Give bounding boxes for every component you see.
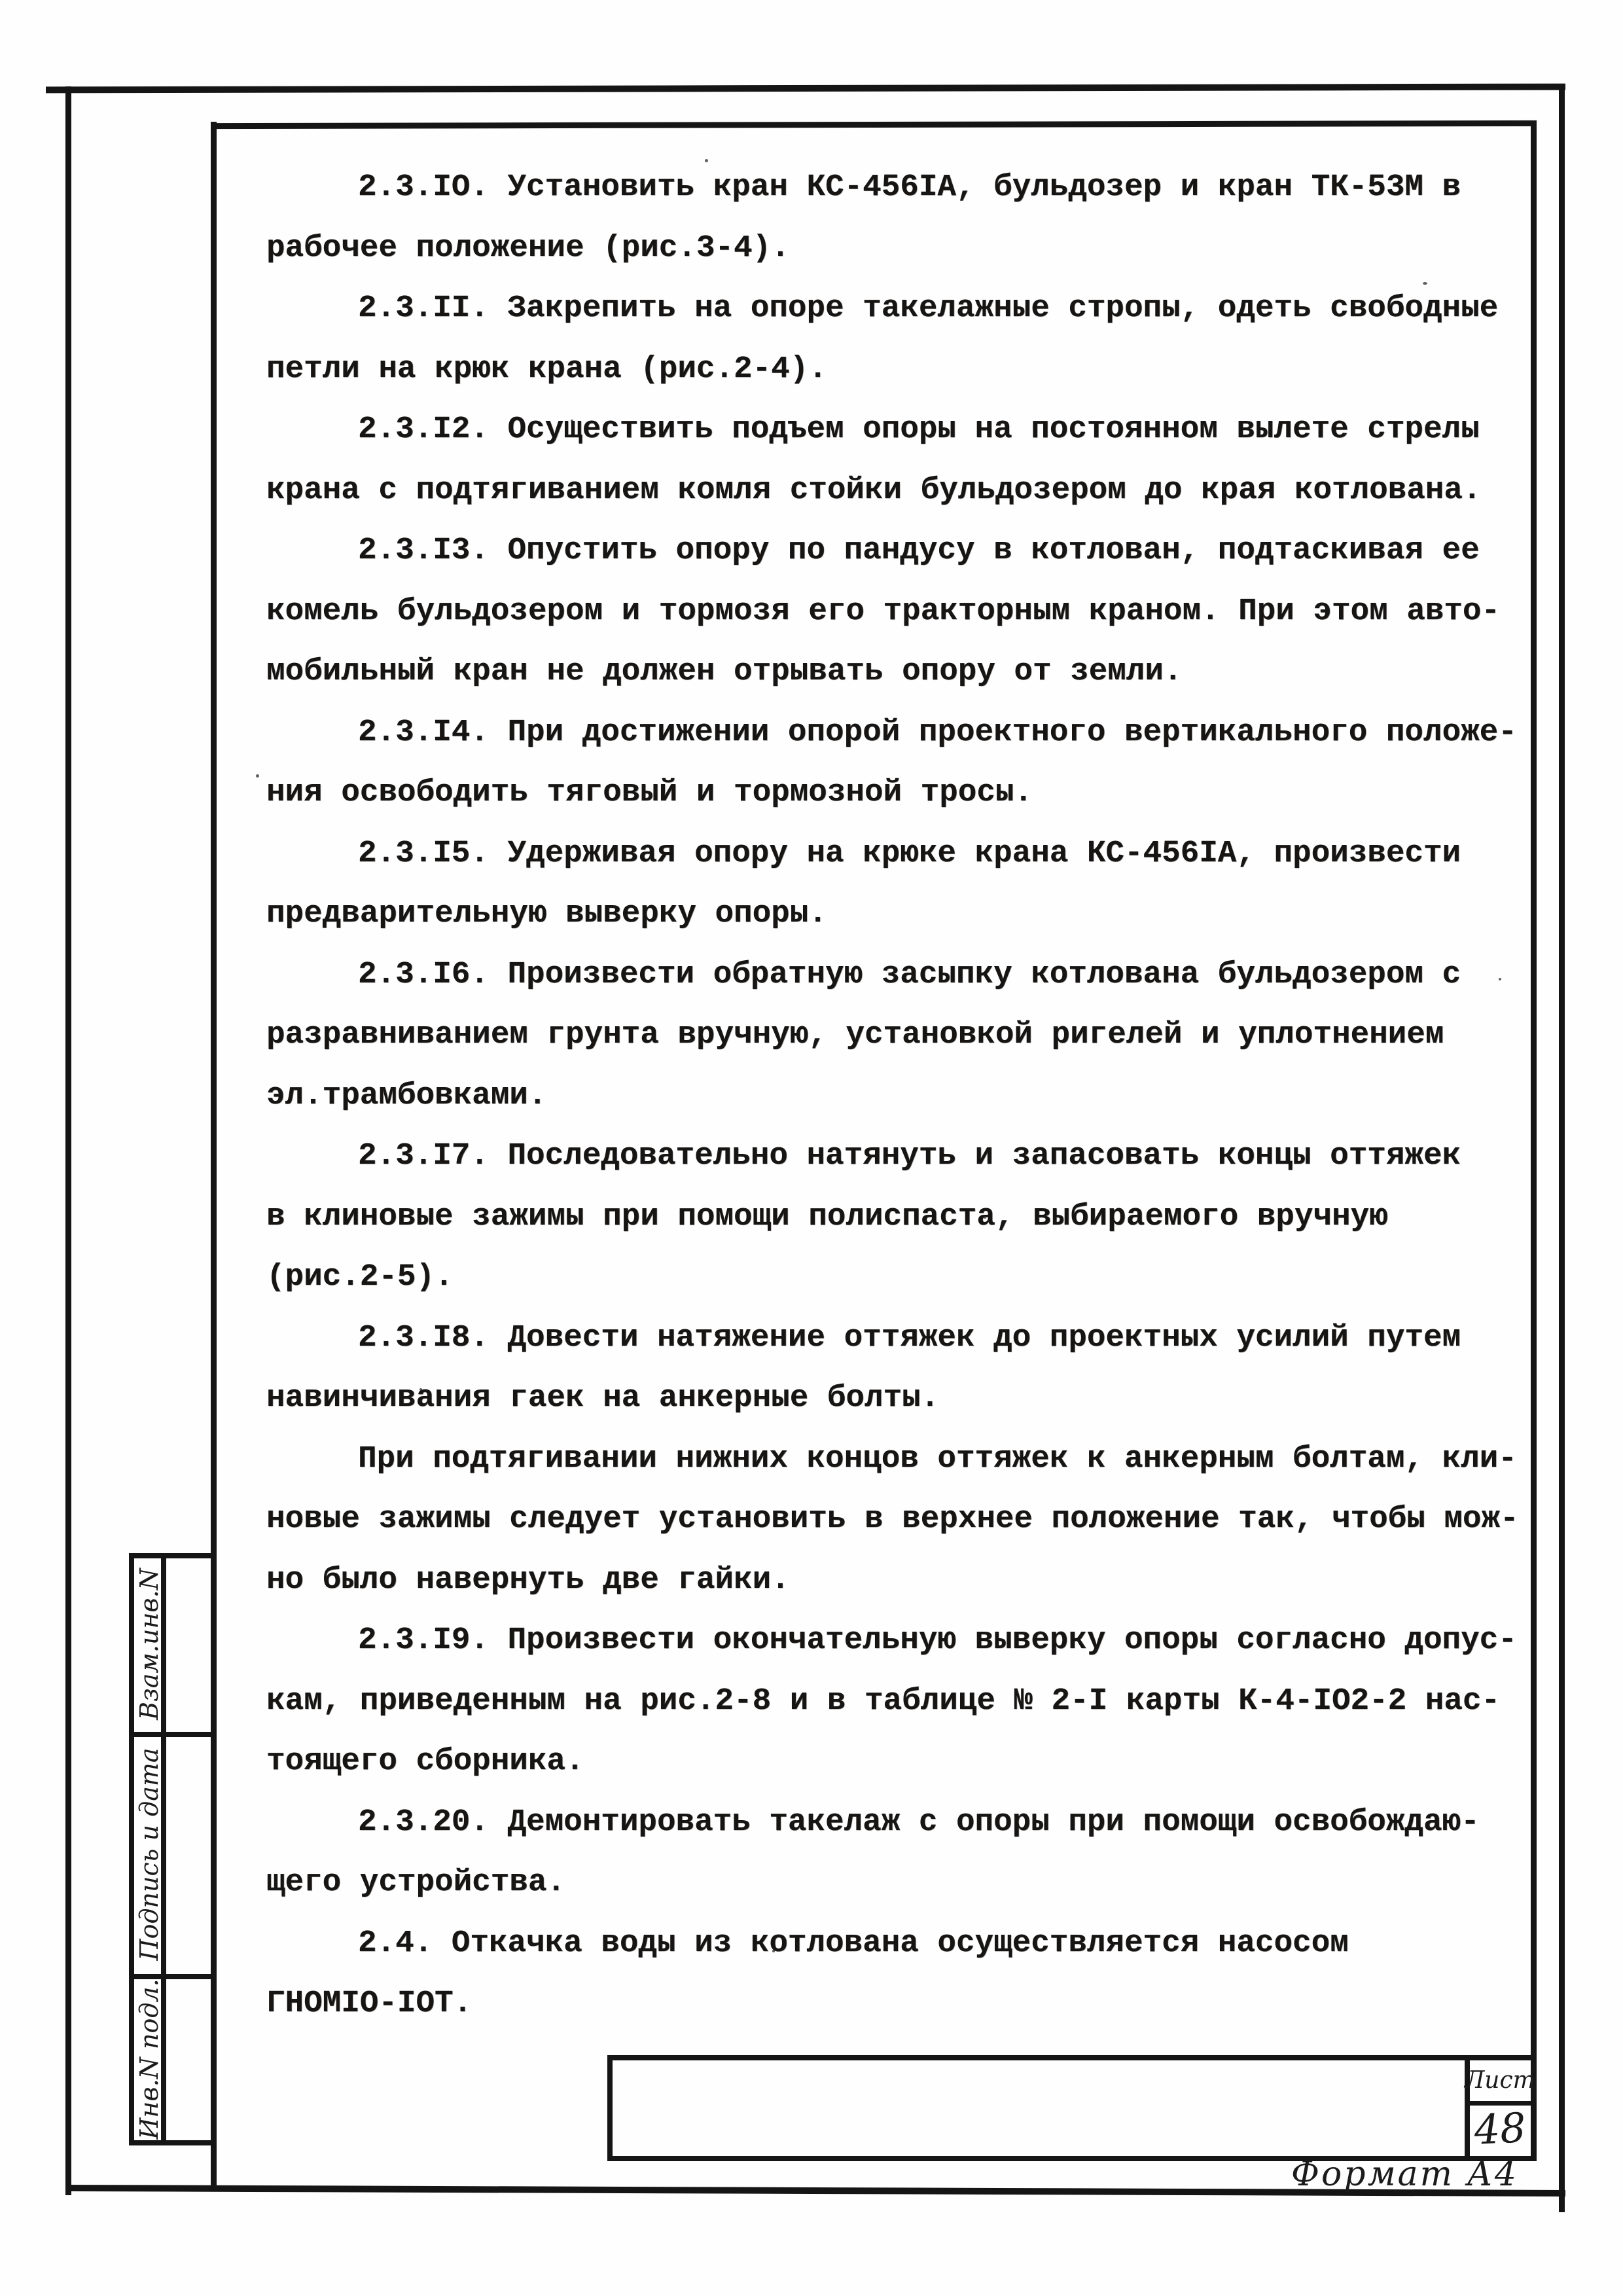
scan-speck [419,1388,422,1391]
scanned-page: 2.3.IO. Установить кран КС-456IА, бульдо… [0,0,1623,2296]
typewritten-line: петли на крюк крана (рис.2-4). [266,339,1533,400]
margin-column-divider-1 [129,1732,216,1737]
typewritten-line: 2.3.I3. Опустить опору по пандусу в котл… [266,520,1533,581]
outer-border-left [65,86,71,2195]
frame-border-left [211,122,217,2190]
typewritten-line: 2.3.I4. При достижении опорой проектного… [266,702,1533,763]
margin-column-top-border [129,1553,216,1558]
margin-column-left-border [129,1553,134,2145]
scan-speck [772,1950,775,1952]
sheet-number: 48 [1469,2101,1531,2157]
scan-speck [1499,978,1501,980]
margin-column-bottom-border [129,2140,216,2145]
sheet-label: Лист [1470,2060,1530,2100]
margin-label-podpis-i-data: Подпись и дата [135,1748,164,1960]
scan-speck [984,1216,986,1219]
typewritten-line: 2.4. Откачка воды из котлована осуществл… [266,1913,1533,1974]
frame-border-top [211,120,1537,129]
typewritten-line: разравниванием грунта вручную, установко… [266,1005,1533,1066]
stamp-box-top-border [607,2055,1537,2060]
scan-speck [256,774,259,778]
typewritten-line: 2.3.I8. Довести натяжение оттяжек до про… [266,1308,1533,1369]
typewritten-line: ГНОМIО-IОТ. [266,1973,1533,2034]
typewritten-line: ния освободить тяговый и тормозной тросы… [266,762,1533,823]
typewritten-line: навинчивания гаек на анкерные болты. [266,1368,1533,1429]
typewritten-line: 2.3.I9. Произвести окончательную выверку… [266,1610,1533,1671]
margin-label-vzam-inv: Взам.инв.N [135,1568,164,1720]
typewritten-line: комель бульдозером и тормозя его трактор… [266,581,1533,642]
typewritten-line: 2.3.I2. Осуществить подъем опоры на пост… [266,399,1533,460]
scan-speck [1423,282,1427,285]
margin-label-inv-n-podl: Инв.N подл. [135,1979,164,2139]
typewritten-line: щего устройства. [266,1852,1533,1913]
typewritten-line: предварительную выверку опоры. [266,884,1533,944]
stamp-box-left-border [607,2055,613,2161]
outer-border-top [46,84,1565,94]
typewritten-line: крана с подтягиванием комля стойки бульд… [266,460,1533,521]
format-note: Формат А4 [982,2157,1518,2191]
typewritten-line: кам, приведенным на рис.2-8 и в таблице … [266,1671,1533,1732]
typewritten-line: в клиновые зажимы при помощи полиспаста,… [266,1187,1533,1247]
typewritten-line: 2.3.II. Закрепить на опоре такелажные ст… [266,278,1533,339]
typewritten-line: эл.трамбовками. [266,1066,1533,1126]
typewritten-line: мобильный кран не должен отрывать опору … [266,641,1533,702]
typewritten-line: При подтягивании нижних концов оттяжек к… [266,1429,1533,1490]
scan-speck [571,420,573,422]
typewritten-line: 2.3.I7. Последовательно натянуть и запас… [266,1126,1533,1187]
typewritten-line: рабочее положение (рис.3-4). [266,218,1533,279]
typewritten-line: тоящего сборника. [266,1731,1533,1792]
typewritten-line: но было навернуть две гайки. [266,1550,1533,1611]
typewritten-line: 2.3.20. Демонтировать такелаж с опоры пр… [266,1792,1533,1853]
typewritten-line: 2.3.I5. Удерживая опору на крюке крана К… [266,823,1533,884]
typewritten-line: (рис.2-5). [266,1247,1533,1308]
typewritten-line: 2.3.I6. Произвести обратную засыпку котл… [266,944,1533,1005]
typewritten-line: новые зажимы следует установить в верхне… [266,1489,1533,1550]
typewritten-line: 2.3.IO. Установить кран КС-456IА, бульдо… [266,157,1533,218]
outer-border-right [1559,86,1565,2212]
scan-speck [705,159,708,162]
typewritten-text: 2.3.IO. Установить кран КС-456IА, бульдо… [266,157,1533,2034]
